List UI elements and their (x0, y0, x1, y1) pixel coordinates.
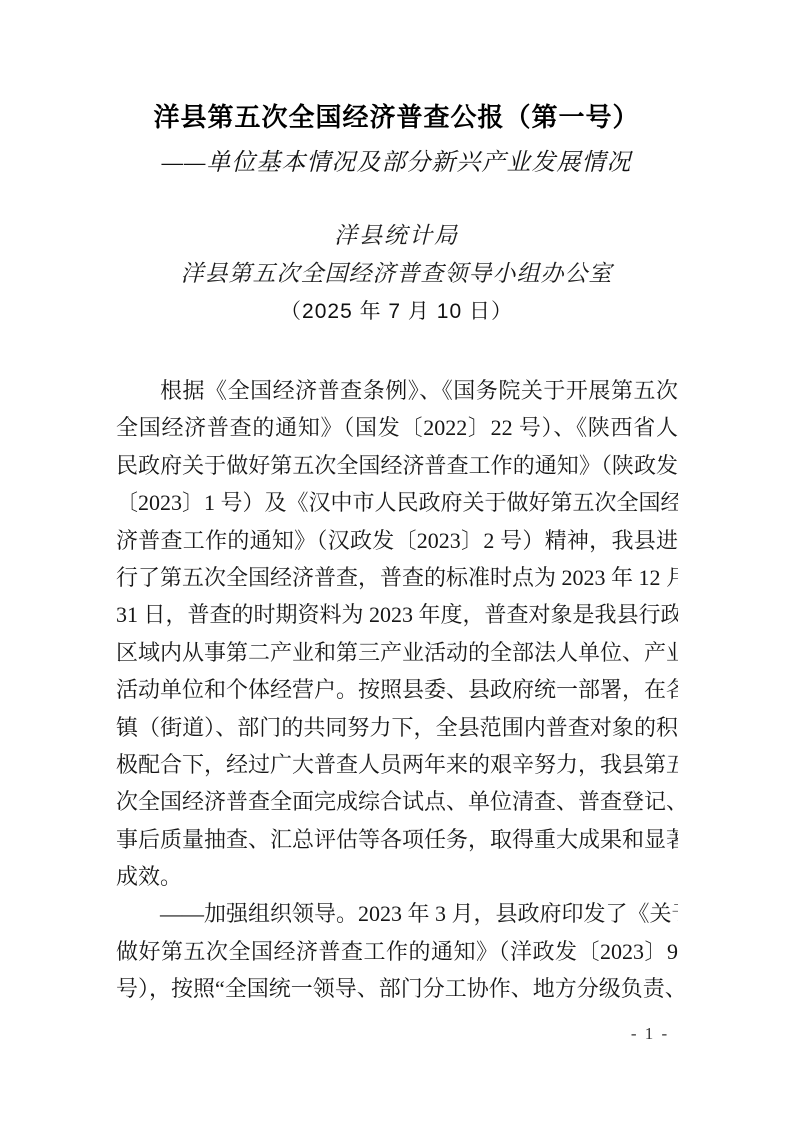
body-text-line: 做好第五次全国经济普查工作的通知》（洋政发〔2023〕9 (116, 933, 678, 970)
body-text-line: ——加强组织领导。2023 年 3 月，县政府印发了《关于 (116, 895, 678, 932)
body-text-line: 31 日，普查的时期资料为 2023 年度，普查对象是我县行政 (116, 596, 678, 633)
body-text-line: 全国经济普查的通知》（国发〔2022〕22 号）、《陕西省人 (116, 409, 678, 446)
document-title: 洋县第五次全国经济普查公报（第一号） (0, 97, 793, 134)
document-page: 洋县第五次全国经济普查公报（第一号） ——单位基本情况及部分新兴产业发展情况 洋… (0, 0, 793, 1122)
byline-agency-statistics-bureau: 洋县统计局 (0, 217, 793, 250)
body-text-line: 济普查工作的通知》（汉政发〔2023〕2 号）精神，我县进 (116, 522, 678, 559)
body-text-line: 号），按照“全国统一领导、部门分工协作、地方分级负责、 (116, 970, 678, 1007)
body-text-line: 极配合下，经过广大普查人员两年来的艰辛努力，我县第五 (116, 746, 678, 783)
document-date: （2025 年 7 月 10 日） (0, 295, 793, 325)
body-text-line: 区域内从事第二产业和第三产业活动的全部法人单位、产业 (116, 634, 678, 671)
body-text-line: 成效。 (116, 858, 678, 895)
document-body: 根据《全国经济普查条例》、《国务院关于开展第五次全国经济普查的通知》（国发〔20… (116, 372, 678, 1008)
body-text-line: 根据《全国经济普查条例》、《国务院关于开展第五次 (116, 372, 678, 409)
body-text-line: 活动单位和个体经营户。按照县委、县政府统一部署，在各 (116, 671, 678, 708)
document-subtitle: ——单位基本情况及部分新兴产业发展情况 (0, 142, 793, 177)
body-text-line: 事后质量抽查、汇总评估等各项任务，取得重大成果和显著 (116, 821, 678, 858)
body-text-line: 〔2023〕1 号）及《汉中市人民政府关于做好第五次全国经 (116, 484, 678, 521)
body-text-line: 民政府关于做好第五次全国经济普查工作的通知》（陕政发 (116, 447, 678, 484)
byline-agency-census-office: 洋县第五次全国经济普查领导小组办公室 (0, 255, 793, 288)
body-text-line: 行了第五次全国经济普查，普查的标准时点为 2023 年 12 月 (116, 559, 678, 596)
body-text-line: 次全国经济普查全面完成综合试点、单位清查、普查登记、 (116, 783, 678, 820)
page-number: - 1 - (618, 1024, 682, 1044)
body-text-line: 镇（街道）、部门的共同努力下，全县范围内普查对象的积 (116, 709, 678, 746)
